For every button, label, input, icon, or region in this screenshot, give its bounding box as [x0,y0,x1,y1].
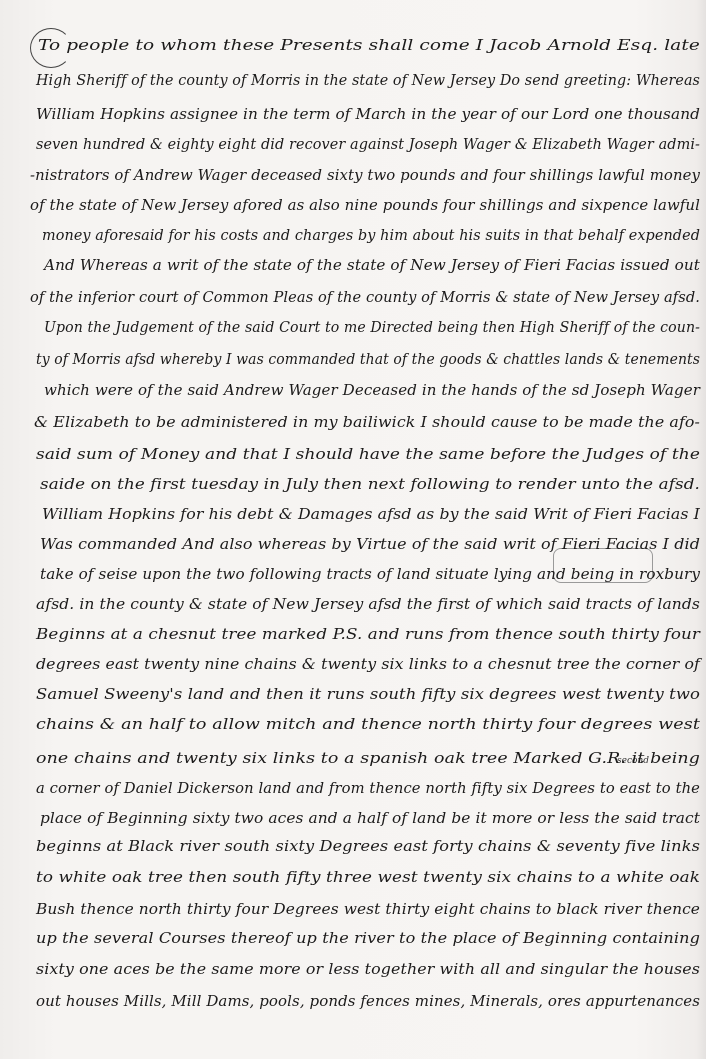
document-line-text: William Hopkins assignee in the term of … [36,107,700,123]
document-line: beginns at Black river south sixty Degre… [36,839,706,855]
document-page: second To people to whom these Presents … [0,0,706,1059]
document-line-text: Was commanded And also whereas by Virtue… [40,537,700,553]
document-line-text: out houses Mills, Mill Dams, pools, pond… [36,994,700,1010]
document-line: said sum of Money and that I should have… [36,447,706,463]
document-line-text: sixty one aces be the same more or less … [36,962,700,978]
document-line: degrees east twenty nine chains & twenty… [36,657,706,673]
document-line: And Whereas a writ of the state of the s… [44,258,706,274]
document-line: -nistrators of Andrew Wager deceased six… [30,168,706,184]
document-line-text: -nistrators of Andrew Wager deceased six… [30,168,700,184]
document-line-text: Upon the Judgement of the said Court to … [44,320,700,336]
document-line: To people to whom these Presents shall c… [38,38,706,54]
document-line-text: one chains and twenty six links to a spa… [36,751,700,767]
document-line-text: place of Beginning sixty two aces and a … [40,811,700,827]
document-line: of the state of New Jersey afored as als… [30,198,706,214]
document-line: Upon the Judgement of the said Court to … [44,320,706,336]
document-line: & Elizabeth to be administered in my bai… [34,415,706,431]
document-line-text: take of seise upon the two following tra… [40,567,700,583]
document-line: High Sheriff of the county of Morris in … [36,73,706,89]
document-line-text: of the inferior court of Common Pleas of… [30,290,700,306]
page-edge-shadow [696,0,706,1059]
document-line-text: afsd. in the county & state of New Jerse… [36,597,700,613]
document-line-text: saide on the first tuesday in July then … [40,477,700,493]
document-line: which were of the said Andrew Wager Dece… [44,383,706,399]
document-line: to white oak tree then south fifty three… [36,870,706,886]
document-line-text: And Whereas a writ of the state of the s… [44,258,700,274]
document-line: money aforesaid for his costs and charge… [42,228,706,244]
document-line-text: To people to whom these Presents shall c… [38,38,700,54]
document-line-text: seven hundred & eighty eight did recover… [36,137,700,153]
document-line: up the several Courses thereof up the ri… [36,931,706,947]
document-line: chains & an half to allow mitch and then… [36,717,706,733]
document-line-text: degrees east twenty nine chains & twenty… [36,657,700,673]
document-line-text: up the several Courses thereof up the ri… [36,931,700,947]
document-line-text: money aforesaid for his costs and charge… [42,228,700,244]
document-line-text: of the state of New Jersey afored as als… [30,198,700,214]
document-line: William Hopkins for his debt & Damages a… [42,507,706,523]
document-line: sixty one aces be the same more or less … [36,962,706,978]
document-line-text: Samuel Sweeny's land and then it runs so… [36,687,700,703]
document-line-text: William Hopkins for his debt & Damages a… [42,507,700,523]
document-line-text: beginns at Black river south sixty Degre… [36,839,700,855]
document-line: out houses Mills, Mill Dams, pools, pond… [36,994,706,1010]
document-line-text: High Sheriff of the county of Morris in … [36,73,700,89]
document-line: of the inferior court of Common Pleas of… [30,290,706,306]
document-line-text: chains & an half to allow mitch and then… [36,717,700,733]
document-line-text: Beginns at a chesnut tree marked P.S. an… [36,627,700,643]
document-line-text: & Elizabeth to be administered in my bai… [34,415,700,431]
document-line-text: Bush thence north thirty four Degrees we… [36,902,700,918]
document-line: one chains and twenty six links to a spa… [36,751,706,767]
document-line-text: said sum of Money and that I should have… [36,447,700,463]
document-line: Bush thence north thirty four Degrees we… [36,902,706,918]
document-line-text: ty of Morris afsd whereby I was commande… [36,352,700,368]
document-line: afsd. in the county & state of New Jerse… [36,597,706,613]
document-line-text: which were of the said Andrew Wager Dece… [44,383,700,399]
document-line: saide on the first tuesday in July then … [40,477,706,493]
document-line: Beginns at a chesnut tree marked P.S. an… [36,627,706,643]
document-line: place of Beginning sixty two aces and a … [40,811,706,827]
document-line: take of seise upon the two following tra… [40,567,706,583]
document-line: ty of Morris afsd whereby I was commande… [36,352,706,368]
document-line-text: to white oak tree then south fifty three… [36,870,700,886]
document-line: William Hopkins assignee in the term of … [36,107,706,123]
document-line: Samuel Sweeny's land and then it runs so… [36,687,706,703]
document-line-text: a corner of Daniel Dickerson land and fr… [36,781,700,797]
document-line: a corner of Daniel Dickerson land and fr… [36,781,706,797]
document-line: seven hundred & eighty eight did recover… [36,137,706,153]
document-line: Was commanded And also whereas by Virtue… [40,537,706,553]
